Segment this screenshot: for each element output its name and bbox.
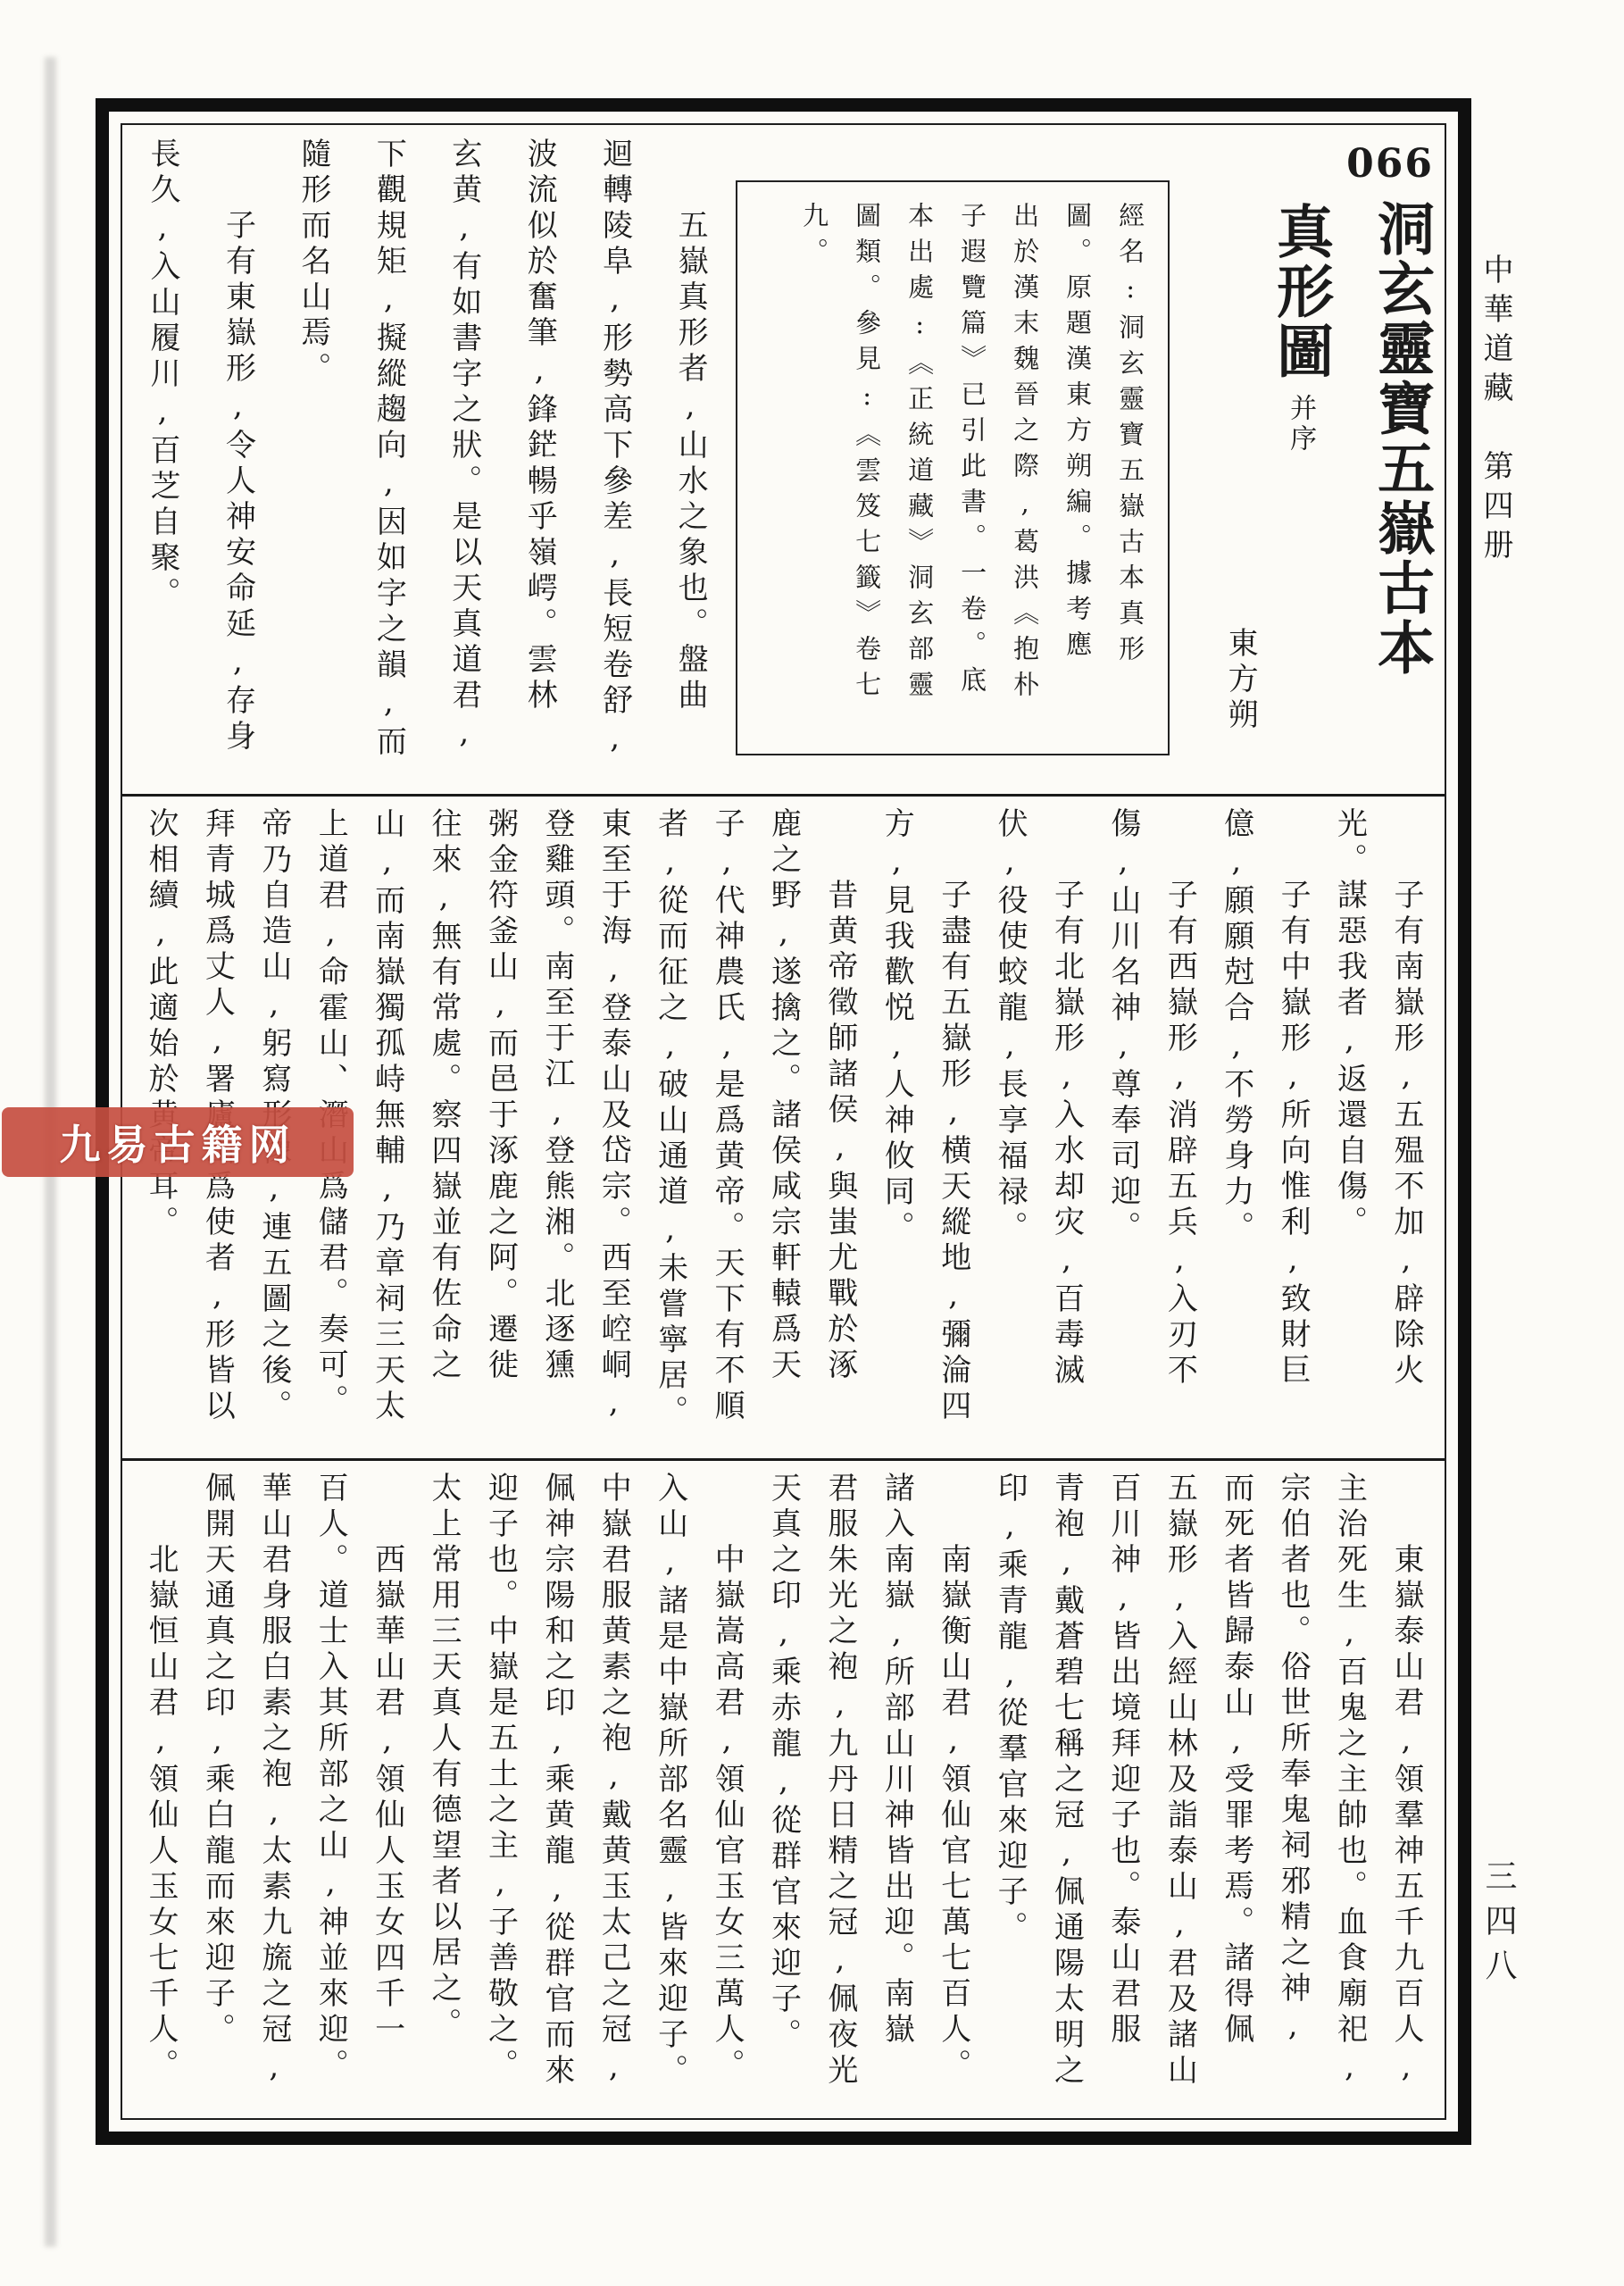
text-column: 昔黄帝徵師諸侯,與蚩尤戰於涿	[823, 807, 855, 1431]
work-title-line1: 洞玄靈寶五嶽古本	[1351, 199, 1429, 678]
text-column: 天真之印,乘赤龍,從群官來迎子。	[766, 1472, 798, 2090]
watermark-text: 九易古籍网	[60, 1113, 296, 1172]
text-column: 西嶽華山君,領仙人玉女四千一	[371, 1472, 403, 2090]
text-column: 百人。道士入其所部之山,神並來迎。	[313, 1472, 346, 2090]
text-column: 五嶽真形者,山水之象也。盤曲	[673, 138, 705, 761]
register-bottom: 東嶽泰山君,領羣神五千九百人,主治死生,百鬼之主帥也。血食廟祀,宗伯者也。俗世所…	[122, 1461, 1445, 2110]
text-column: 印,乘青龍,從羣官來迎子。	[993, 1472, 1025, 2090]
text-column: 子盡有五嶽形,横天縱地,彌淪四	[937, 807, 969, 1431]
edition-volume-label: 中華道藏 第四册	[1480, 254, 1511, 568]
text-column: 隨形而名山焉。	[296, 138, 329, 761]
text-column: 太上常用三天真人有德望者以居之。	[427, 1472, 459, 2090]
attributed-author: 東方朔	[1220, 138, 1255, 734]
text-column: 迴轉陵阜,形勢高下參差,長短卷舒,	[598, 138, 630, 761]
register-bottom-columns: 東嶽泰山君,領羣神五千九百人,主治死生,百鬼之主帥也。血食廟祀,宗伯者也。俗世所…	[135, 1472, 1434, 2090]
text-column: 主治死生,百鬼之主帥也。血食廟祀,	[1333, 1472, 1365, 2090]
text-column: 億,願願尅合,不勞身力。	[1220, 807, 1252, 1431]
text-column: 中嶽君服黄素之袍,戴黄玉太己之冠,	[596, 1472, 629, 2090]
text-column: 長久,入山履川,百芝自聚。	[146, 138, 178, 761]
text-column: 玄黄,有如書字之狀。是以天真道君,	[447, 138, 479, 761]
text-column: 而死者皆歸泰山,受罪考焉。諸得佩	[1220, 1472, 1252, 2090]
text-column: 光。謀惡我者,返還自傷。	[1333, 807, 1365, 1431]
text-column: 出於漢末魏晉之際,葛洪《抱朴	[1009, 202, 1037, 734]
register-top-columns: 五嶽真形者,山水之象也。盤曲迴轉陵阜,形勢高下參差,長短卷舒,波流似於奮筆,鋒鋩…	[135, 138, 709, 761]
text-column: 諸入南嶽,所部山川神皆出迎。南嶽	[879, 1472, 912, 2090]
text-column: 子有南嶽形,五殟不加,辟除火	[1389, 807, 1421, 1431]
text-column: 圖類。參見:《雲笈七籤》卷七	[851, 202, 879, 734]
text-column: 粥金符釜山,而邑于涿鹿之阿。遷徙	[483, 807, 515, 1431]
text-column: 子有中嶽形,所向惟利,致財巨	[1276, 807, 1308, 1431]
text-column: 子遐覽篇》已引此書。一卷。底	[956, 202, 985, 734]
text-column: 山,而南嶽獨孤峙無輔,乃章祠三天太	[371, 807, 403, 1431]
text-column: 傷,山川名神,尊奉司迎。	[1106, 807, 1138, 1431]
register-top: 066 洞玄靈寶五嶽古本 真形圖 并序 東方朔 經名:洞玄靈寶五嶽古本真形圖。原…	[122, 125, 1445, 797]
text-column: 東至于海,登泰山及岱宗。西至崆峒,	[596, 807, 629, 1431]
text-column: 迎子也。中嶽是五土之主,子善敬之。	[483, 1472, 515, 2090]
text-column: 佩開天通真之印,乘白龍而來迎子。	[200, 1472, 232, 2090]
text-column: 南嶽衡山君,領仙官七萬七百人。	[937, 1472, 969, 2090]
title-block-second-column: 真形圖 并序	[1264, 202, 1336, 455]
text-column: 青袍,戴蒼碧七稱之冠,佩通陽太明之	[1050, 1472, 1082, 2090]
text-column: 圖。原題漢東方朔編。據考應	[1062, 202, 1090, 734]
title-block: 066 洞玄靈寶五嶽古本	[1346, 138, 1434, 678]
text-column: 入山,諸是中嶽所部名靈,皆來迎子。	[654, 1472, 686, 2090]
text-column: 往來,無有常處。察四嶽並有佐命之	[427, 807, 459, 1431]
text-column: 登雞頭。南至于江,登熊湘。北逐獯	[540, 807, 572, 1431]
text-column: 方,見我歡悦,人神攸同。	[879, 807, 912, 1431]
text-column: 本出處:《正統道藏》洞玄部靈	[904, 202, 932, 734]
scanned-book-page: 066 洞玄靈寶五嶽古本 真形圖 并序 東方朔 經名:洞玄靈寶五嶽古本真形圖。原…	[0, 0, 1624, 2286]
text-column: 子有北嶽形,入水却灾,百毒滅	[1050, 807, 1082, 1431]
serial-number: 066	[1346, 141, 1434, 187]
text-column: 佩神宗陽和之印,乘黄龍,從群官而來	[540, 1472, 572, 2090]
text-column: 下觀規矩,擬縱趨向,因如字之韻,而	[371, 138, 404, 761]
bibliographic-note-box: 經名:洞玄靈寶五嶽古本真形圖。原題漢東方朔編。據考應出於漢末魏晉之際,葛洪《抱朴…	[736, 180, 1170, 755]
text-column: 君服朱光之袍,九丹日精之冠,佩夜光	[823, 1472, 855, 2090]
text-column: 鹿之野,遂擒之。諸侯咸宗軒轅爲天	[766, 807, 798, 1431]
text-column: 華山君身服白素之袍,太素九旒之冠,	[257, 1472, 289, 2090]
text-column: 百川神,皆出境拜迎子也。泰山君服	[1106, 1472, 1138, 2090]
text-column: 子有西嶽形,消辟五兵,入刃不	[1162, 807, 1195, 1431]
text-column: 北嶽恒山君,領仙人玉女七千人。	[144, 1472, 176, 2090]
text-column: 經名:洞玄靈寶五嶽古本真形	[1114, 202, 1143, 734]
work-title-line2: 真形圖	[1271, 202, 1328, 381]
text-column: 東嶽泰山君,領羣神五千九百人,	[1389, 1472, 1421, 2090]
text-column: 宗伯者也。俗世所奉鬼祠邪精之神,	[1276, 1472, 1308, 2090]
text-column: 中嶽嵩高君,領仙官玉女三萬人。	[710, 1472, 742, 2090]
text-column: 子,代神農氏,是爲黄帝。天下有不順	[710, 807, 742, 1431]
text-column: 伏,役使蛟龍,長享福禄。	[993, 807, 1025, 1431]
text-column: 九。	[798, 202, 827, 734]
page-number: 三四八	[1482, 1859, 1514, 1993]
work-subtitle: 并序	[1287, 394, 1313, 455]
text-column: 波流似於奮筆,鋒鋩暢乎嶺崿。雲林	[522, 138, 554, 761]
text-column: 者,從而征之,破山通道,未嘗寧居。	[654, 807, 686, 1431]
text-column: 子有東嶽形,令人神安命延,存身	[221, 138, 253, 761]
text-column: 五嶽形,入經山林及詣泰山,君及諸山	[1162, 1472, 1195, 2090]
library-watermark: 九易古籍网	[2, 1107, 354, 1177]
